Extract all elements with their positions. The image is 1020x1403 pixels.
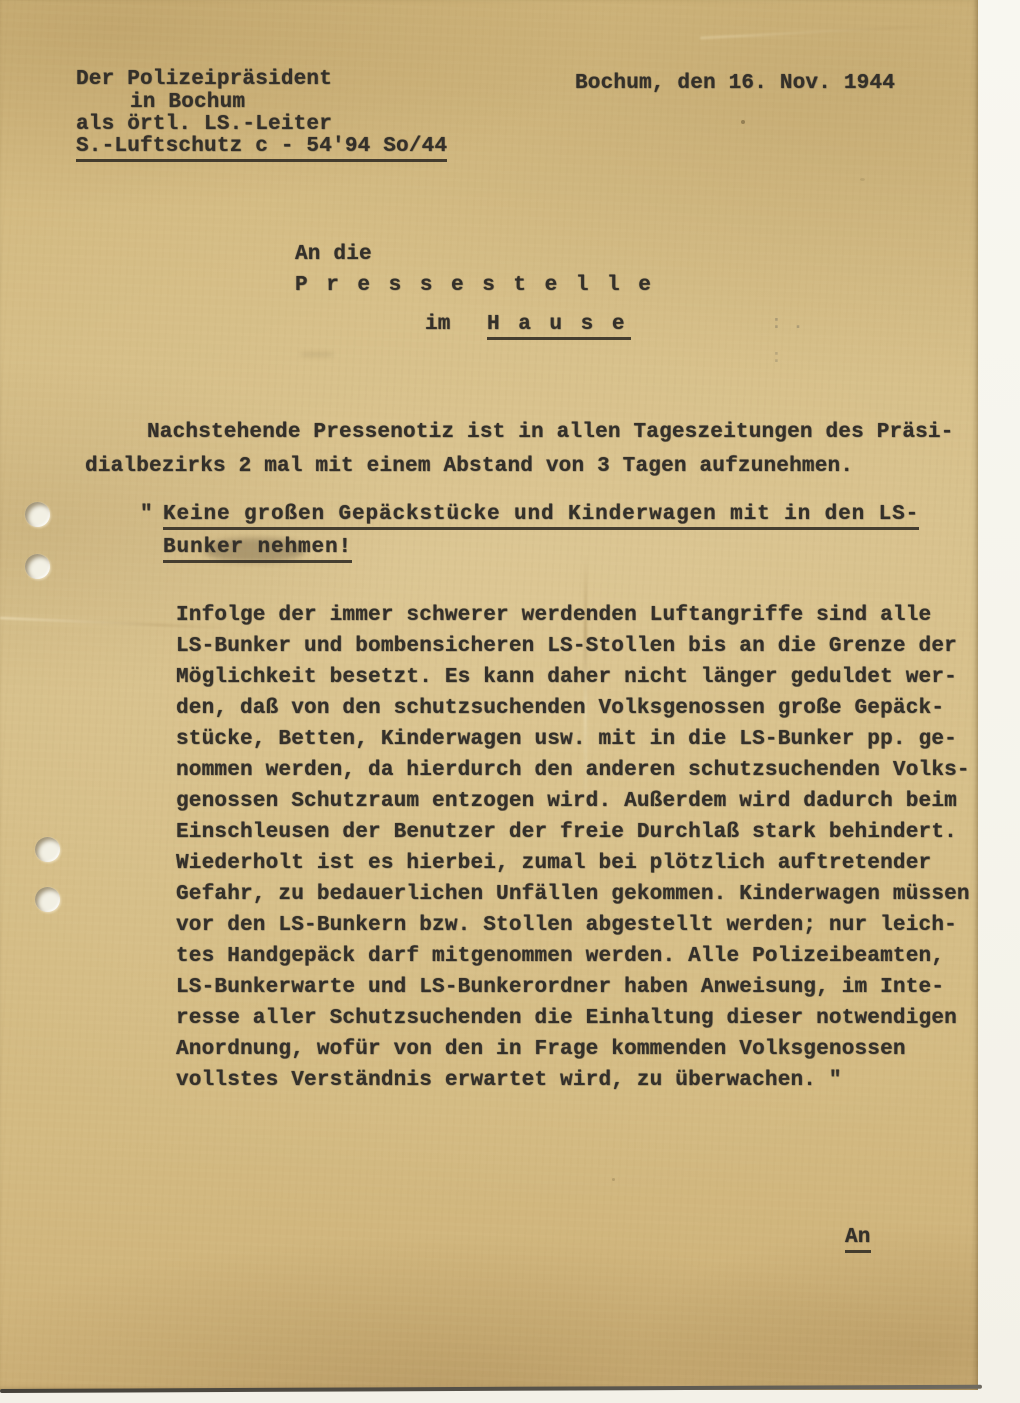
document-page: Der Polizeipräsident in Bochum als örtl.… bbox=[0, 0, 978, 1390]
notice-heading-line-2: Bunker nehmen! bbox=[163, 536, 352, 563]
body-line: Wiederholt ist es hierbei, zumal bei plö… bbox=[176, 852, 970, 883]
recipient-line-1: An die bbox=[295, 243, 372, 266]
paper-crease-top bbox=[700, 23, 970, 39]
sender-line-3: als örtl. LS.-Leiter bbox=[76, 113, 332, 136]
instruction-line-1: Nachstehende Pressenotiz ist in allen Ta… bbox=[147, 421, 954, 444]
notice-open-quote: " bbox=[140, 503, 153, 526]
scan-background: Der Polizeipräsident in Bochum als örtl.… bbox=[0, 0, 1020, 1403]
body-line: stücke, Betten, Kinderwagen usw. mit in … bbox=[176, 728, 970, 759]
body-line: nommen werden, da hierdurch den anderen … bbox=[176, 759, 970, 790]
body-line: LS-Bunkerwarte und LS-Bunkerordner haben… bbox=[176, 976, 970, 1007]
recipient-line-3-prefix: im bbox=[425, 313, 451, 336]
sender-line-2: in Bochum bbox=[130, 91, 245, 114]
punch-hole bbox=[25, 554, 50, 579]
body-line: Einschleusen der Benutzer der freie Durc… bbox=[176, 821, 970, 852]
recipient-line-2: P r e s s e s t e l l e bbox=[295, 274, 654, 297]
paper-speck bbox=[300, 352, 334, 357]
body-line: vor den LS-Bunkern bzw. Stollen abgestel… bbox=[176, 914, 970, 945]
paper-speck bbox=[741, 120, 745, 124]
body-line: den, daß von den schutzsuchenden Volksge… bbox=[176, 697, 970, 728]
body-line: Gefahr, zu bedauerlichen Unfällen gekomm… bbox=[176, 883, 970, 914]
body-line: tes Handgepäck darf mitgenommen werden. … bbox=[176, 945, 970, 976]
body-line: resse aller Schutzsuchenden die Einhaltu… bbox=[176, 1007, 970, 1038]
paper-speck bbox=[860, 178, 865, 181]
punch-hole bbox=[35, 887, 60, 912]
body-line: Möglichkeit besetzt. Es kann daher nicht… bbox=[176, 666, 970, 697]
pencil-marks: : . bbox=[771, 314, 803, 334]
sender-reference-line: S.-Luftschutz c - 54'94 So/44 bbox=[76, 135, 447, 162]
punch-hole bbox=[35, 837, 60, 862]
notice-body: Infolge der immer schwerer werdenden Luf… bbox=[176, 604, 970, 1100]
notice-heading-line-1: Keine großen Gepäckstücke und Kinderwage… bbox=[163, 503, 919, 530]
punch-hole bbox=[25, 502, 50, 527]
recipient-line-3-name: H a u s e bbox=[487, 313, 631, 340]
sender-line-1: Der Polizeipräsident bbox=[76, 68, 332, 91]
pencil-marks: : bbox=[771, 348, 782, 368]
paper-speck bbox=[612, 1178, 615, 1181]
body-line: LS-Bunker und bombensicheren LS-Stollen … bbox=[176, 635, 970, 666]
instruction-line-2: dialbezirks 2 mal mit einem Abstand von … bbox=[85, 455, 853, 478]
body-line: vollstes Verständnis erwartet wird, zu ü… bbox=[176, 1069, 970, 1100]
body-line: Infolge der immer schwerer werdenden Luf… bbox=[176, 604, 970, 635]
footer-annotation: An bbox=[845, 1226, 871, 1253]
body-line: Anordnung, wofür von den in Frage kommen… bbox=[176, 1038, 970, 1069]
dateline: Bochum, den 16. Nov. 1944 bbox=[575, 72, 895, 95]
body-line: genossen Schutzraum entzogen wird. Außer… bbox=[176, 790, 970, 821]
